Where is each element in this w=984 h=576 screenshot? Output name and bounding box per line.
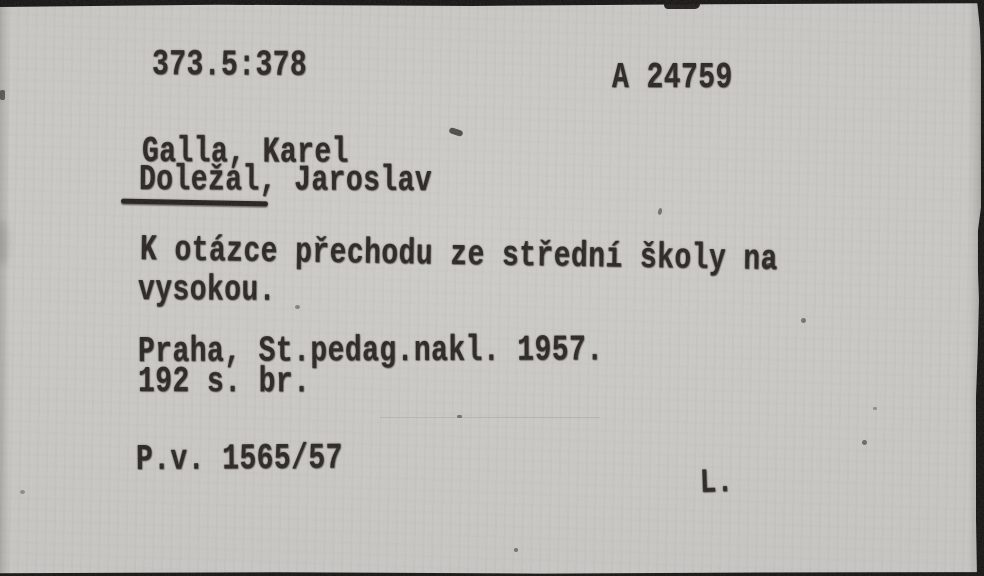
card-left-edge-shade xyxy=(0,0,10,576)
ink-speck xyxy=(862,440,867,445)
ink-speck xyxy=(20,490,25,494)
scan-edge-blob xyxy=(664,0,700,9)
title-line-2: vysokou. xyxy=(138,272,276,309)
ink-speck xyxy=(801,318,806,323)
scan-edge-bottom xyxy=(0,571,984,576)
ink-speck xyxy=(0,90,5,100)
collation-line: 192 s. br. xyxy=(138,364,310,400)
classification-number: 373.5:378 xyxy=(152,47,307,84)
cataloger-mark: L. xyxy=(699,465,734,502)
paper-scratch-line xyxy=(380,417,600,418)
library-catalog-card: 373.5:378 A 24759 Galla, Karel Doležal, … xyxy=(0,0,984,576)
record-number: P.v. 1565/57 xyxy=(136,441,343,478)
author-added-entry: Doležal, Jaroslav xyxy=(139,162,432,199)
ink-speck xyxy=(873,407,877,410)
ink-speck xyxy=(295,305,300,309)
ink-speck xyxy=(457,415,462,418)
accession-number: A 24759 xyxy=(612,60,733,96)
ink-speck xyxy=(514,548,518,552)
scan-edge-top xyxy=(0,0,984,7)
ink-speck xyxy=(657,208,663,216)
ink-speck xyxy=(448,127,463,137)
